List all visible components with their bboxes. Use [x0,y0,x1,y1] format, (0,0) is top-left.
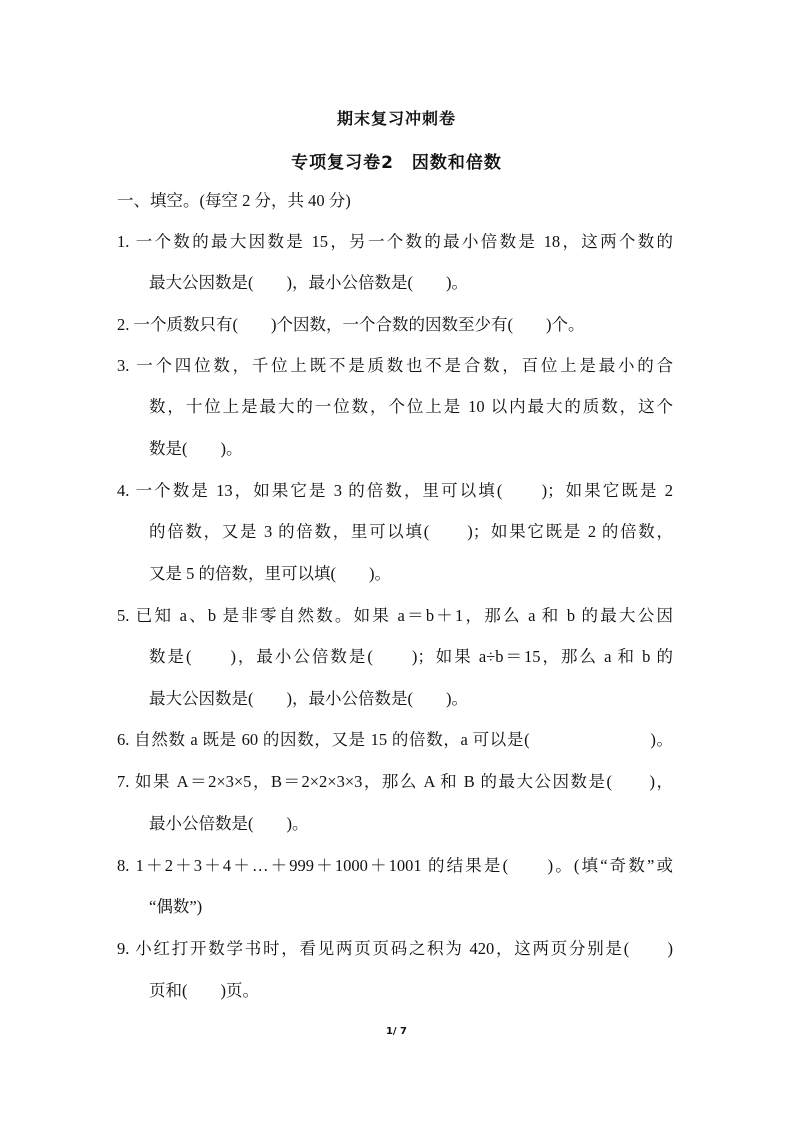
question-5-line-1: 5. 已知 a、b 是非零自然数。如果 a＝b＋1，那么 a 和 b 的最大公因 [117,606,673,626]
page-number: 1/ 7 [0,1026,793,1037]
question-3-line-2: 数，十位上是最大的一位数，个位上是 10 以内最大的质数，这个 [149,397,673,417]
section-heading: 一、填空。(每空 2 分，共 40 分) [117,191,351,211]
question-2-line-1: 2. 一个质数只有( )个因数，一个合数的因数至少有( )个。 [117,315,584,335]
question-8-line-1: 8. 1＋2＋3＋4＋…＋999＋1000＋1001 的结果是( )。(填“奇数… [117,856,673,876]
question-7-line-2: 最小公倍数是( )。 [149,814,309,834]
page-title: 期末复习冲刺卷 [0,106,793,129]
question-1-line-1: 1. 一个数的最大因数是 15，另一个数的最小倍数是 18，这两个数的 [117,232,673,252]
question-3-line-3: 数是( )。 [149,439,243,459]
question-9-line-1: 9. 小红打开数学书时，看见两页页码之积为 420，这两页分别是( ) [117,939,673,959]
document-page: 期末复习冲刺卷 专项复习卷2 因数和倍数 一、填空。(每空 2 分，共 40 分… [0,0,793,1122]
question-8-line-2: “偶数”) [149,897,202,917]
question-9-line-2: 页和( )页。 [149,981,259,1001]
question-5-line-2: 数是( )，最小公倍数是( )；如果 a÷b＝15，那么 a 和 b 的 [149,647,673,667]
question-6-line-1: 6. 自然数 a 既是 60 的因数，又是 15 的倍数，a 可以是( )。 [117,730,673,750]
question-7-line-1: 7. 如果 A＝2×3×5，B＝2×2×3×3，那么 A 和 B 的最大公因数是… [117,772,673,792]
question-4-line-2: 的倍数，又是 3 的倍数，里可以填( )；如果它既是 2 的倍数， [149,522,673,542]
question-4-line-3: 又是 5 的倍数，里可以填( )。 [149,564,391,584]
question-3-line-1: 3. 一个四位数，千位上既不是质数也不是合数，百位上是最小的合 [117,356,673,376]
page-subtitle: 专项复习卷2 因数和倍数 [0,148,793,173]
question-4-line-1: 4. 一个数是 13，如果它是 3 的倍数，里可以填( )；如果它既是 2 [117,481,673,501]
question-5-line-3: 最大公因数是( )，最小公倍数是( )。 [149,689,468,709]
question-1-line-2: 最大公因数是( )，最小公倍数是( )。 [149,273,468,293]
